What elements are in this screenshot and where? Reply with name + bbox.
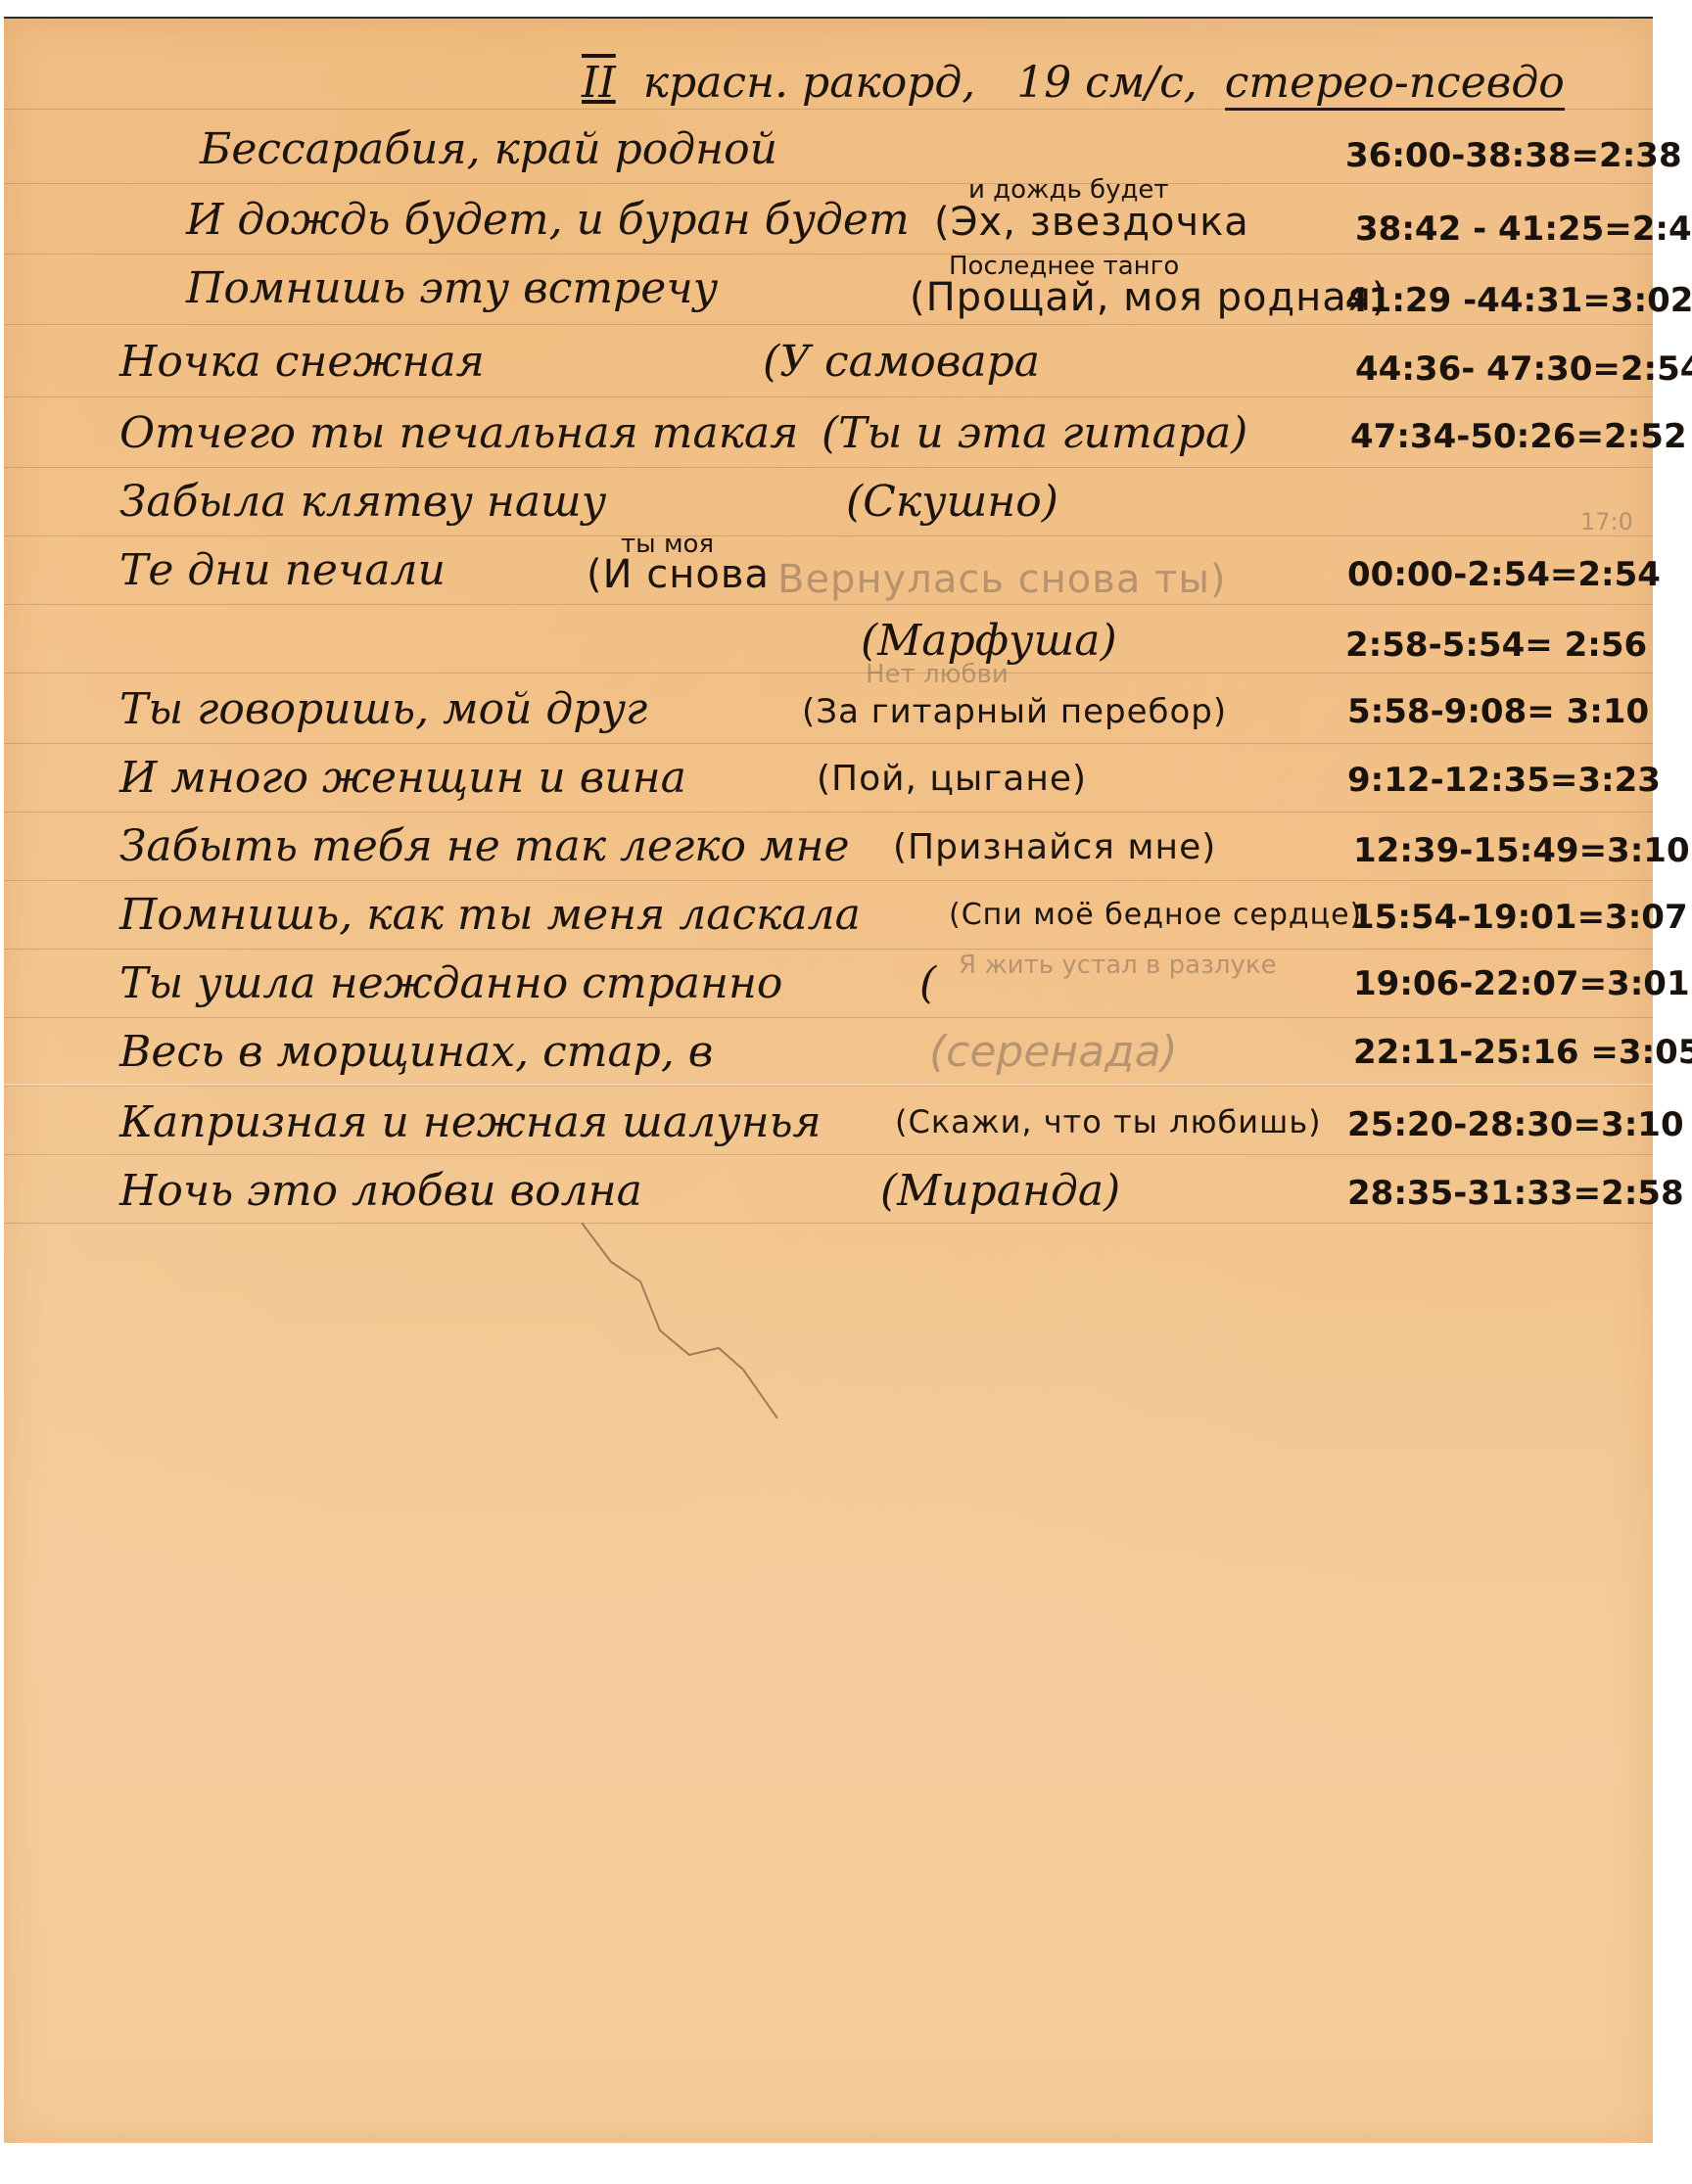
alt-title: (Признайся мне)	[893, 827, 1216, 867]
song-timecode: 19:06-22:07=3:01	[1353, 964, 1690, 1003]
header-speed: 19 см/с,	[1016, 58, 1198, 108]
song-timecode: 28:35-31:33=2:58	[1347, 1174, 1684, 1213]
alt-title: (И снова	[587, 552, 770, 597]
song-title: Забыла клятву нашу	[119, 477, 606, 527]
alt-title: (Скажи, что ты любишь)	[895, 1103, 1322, 1140]
song-timecode: 9:12-12:35=3:23	[1347, 761, 1661, 800]
ruled-line	[4, 396, 1653, 397]
song-timecode: 00:00-2:54=2:54	[1347, 555, 1661, 594]
alt-title: (У самовара	[763, 337, 1040, 387]
paper-tear-mark	[582, 1223, 836, 1418]
alt-title: (Марфуша)	[861, 616, 1117, 666]
song-title: Ночка снежная	[119, 337, 485, 387]
song-timecode: 47:34-50:26=2:52	[1350, 417, 1687, 456]
song-timecode: 25:20-28:30=3:10	[1347, 1105, 1684, 1144]
alt-title: (Спи моё бедное сердце)	[949, 898, 1362, 932]
header: II красн. ракорд, 19 см/с, стерео-псевдо	[582, 58, 1565, 108]
song-title: Весь в морщинах, стар, в	[119, 1027, 713, 1077]
alt-title: (	[919, 958, 936, 1008]
song-timecode: 15:54-19:01=3:07	[1351, 898, 1688, 937]
song-timecode: 5:58-9:08= 3:10	[1347, 692, 1649, 731]
ruled-line	[4, 254, 1653, 255]
song-title: Отчего ты печальная такая	[119, 408, 798, 458]
ruled-line	[4, 880, 1653, 881]
ruled-line	[4, 1154, 1653, 1155]
alt-title: (Эх, звездочка	[934, 200, 1249, 245]
song-title: Ты говоришь, мой друг	[119, 684, 647, 734]
song-title: И дождь будет, и буран будет	[186, 195, 910, 245]
alt-title: (серенада)	[929, 1027, 1178, 1077]
fold-crease	[4, 1084, 1653, 1087]
header-roman-numeral: II	[582, 58, 616, 108]
alt-title: (Ты и эта гитара)	[822, 408, 1247, 458]
ruled-line	[4, 949, 1653, 950]
song-title: И много женщин и вина	[119, 753, 686, 803]
ruled-line	[4, 673, 1653, 674]
pencil-annotation: Нет любви	[866, 660, 1009, 689]
song-title: Помнишь эту встречу	[186, 263, 718, 313]
song-title: Помнишь, как ты меня ласкала	[119, 890, 861, 940]
ruled-line	[4, 324, 1653, 325]
alt-title: (Миранда)	[880, 1166, 1120, 1216]
pencil-annotation: Я жить устал в разлуке	[959, 951, 1277, 980]
song-timecode: 36:00-38:38=2:38	[1345, 136, 1682, 175]
song-timecode: 41:29 -44:31=3:02	[1345, 281, 1692, 320]
song-timecode: 12:39-15:49=3:10	[1353, 831, 1690, 870]
alt-title: (Пой, цыгане)	[817, 759, 1087, 799]
ruled-line	[4, 535, 1653, 536]
alt-title: (Скушно)	[846, 477, 1058, 527]
ruled-line	[4, 1017, 1653, 1018]
song-title: Бессарабия, край родной	[200, 124, 777, 174]
pencil-annotation-time: 17:0	[1580, 508, 1633, 535]
song-timecode: 2:58-5:54= 2:56	[1345, 626, 1647, 665]
ruled-line	[4, 743, 1653, 744]
song-timecode: 44:36- 47:30=2:54	[1355, 349, 1692, 389]
pencil-annotation: Вернулась снова ты)	[777, 557, 1227, 602]
song-title: Те дни печали	[119, 545, 446, 595]
song-title: Ночь это любви волна	[119, 1166, 642, 1216]
song-title: Забыть тебя не так легко мне	[119, 821, 850, 871]
song-timecode: 38:42 - 41:25=2:43	[1355, 209, 1692, 249]
alt-title: (За гитарный перебор)	[802, 692, 1227, 731]
ruled-line	[4, 604, 1653, 605]
song-title: Капризная и нежная шалунья	[119, 1097, 822, 1147]
ruled-line	[4, 812, 1653, 813]
header-mode: стерео-псевдо	[1225, 58, 1565, 111]
song-title: Ты ушла нежданно странно	[119, 958, 782, 1008]
ruled-line	[4, 183, 1653, 184]
ruled-line	[4, 467, 1653, 468]
aged-paper-sheet: II красн. ракорд, 19 см/с, стерео-псевдо…	[4, 17, 1653, 2143]
song-timecode: 22:11-25:16 =3:05	[1353, 1033, 1692, 1072]
header-tape-type: красн. ракорд,	[643, 58, 975, 108]
alt-title: (Прощай, моя родная)	[910, 275, 1387, 320]
